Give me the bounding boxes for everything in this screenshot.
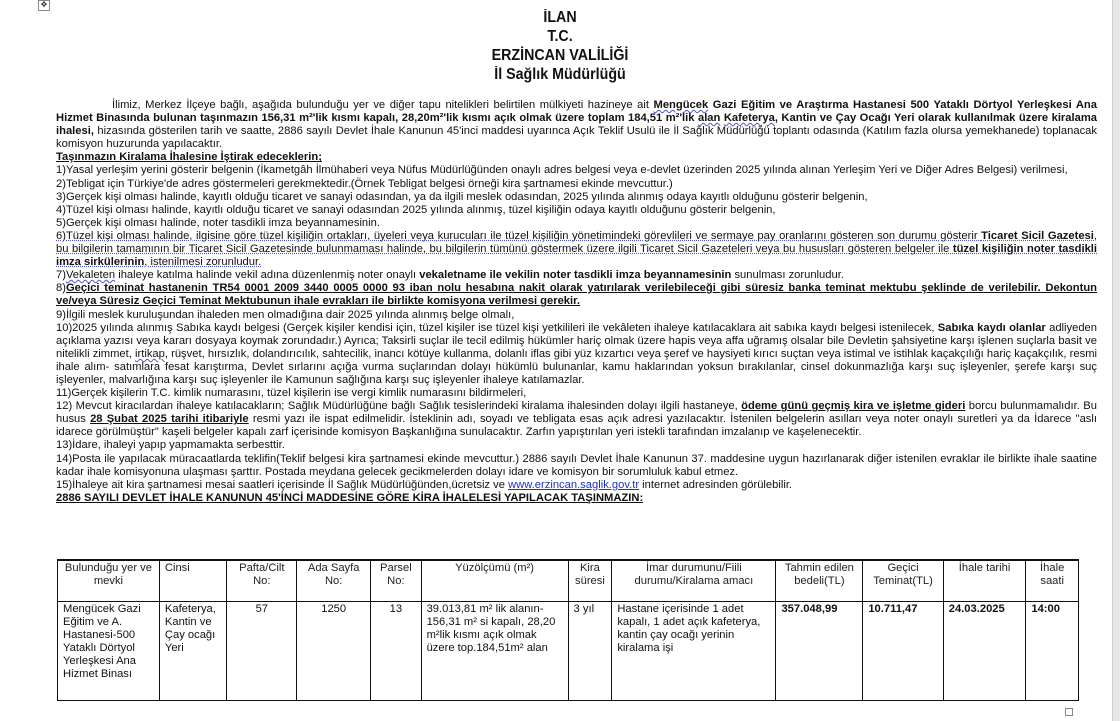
tender-table: Bulunduğu yer ve mevki Cinsi Pafta/Cilt … — [57, 559, 1079, 701]
document-body: İlimiz, Merkez İlçeye bağlı, aşağıda bul… — [56, 99, 1097, 505]
intro-paragraph: İlimiz, Merkez İlçeye bağlı, aşağıda bul… — [56, 99, 1097, 151]
table-row: Mengücek Gazi Eğitim ve A. Hastanesi-500… — [58, 602, 1079, 701]
title-directorate: İl Sağlık Müdürlüğü — [45, 65, 1075, 84]
title-ilan: İLAN — [45, 8, 1075, 27]
requirement-1: 1)Yasal yerleşim yerini gösterir belgeni… — [56, 164, 1097, 177]
cell-estimated-price: 357.048,99 — [776, 602, 863, 701]
window-edge — [1112, 0, 1120, 721]
col-type: Cinsi — [159, 560, 227, 602]
cell-parsel: 13 — [371, 602, 421, 701]
requirement-7: 7)Vekaleten ihaleye katılma halinde veki… — [56, 269, 1097, 282]
table-header-row: Bulunduğu yer ve mevki Cinsi Pafta/Cilt … — [58, 560, 1079, 602]
website-link[interactable]: www.erzincan.saglik.gov.tr — [508, 479, 639, 491]
cell-type: Kafeterya, Kantin ve Çay ocağı Yeri — [159, 602, 227, 701]
requirement-11: 11)Gerçek kişilerin T.C. kimlik numarası… — [56, 387, 1097, 400]
document-header: İLAN T.C. ERZİNCAN VALİLİĞİ İl Sağlık Mü… — [0, 8, 1120, 84]
col-location: Bulunduğu yer ve mevki — [58, 560, 160, 602]
requirement-2: 2)Tebligat için Türkiye'de adres gösterm… — [56, 178, 1097, 191]
requirement-4: 4)Tüzel kişi olması halinde, kayıtlı old… — [56, 204, 1097, 217]
cell-duration: 3 yıl — [568, 602, 612, 701]
title-governorship: ERZİNCAN VALİLİĞİ — [45, 46, 1075, 65]
requirement-13: 13)İdare, ihaleyi yapıp yapmamakta serbe… — [56, 439, 1097, 452]
col-guarantee: Geçici Teminat(TL) — [863, 560, 943, 602]
requirement-3: 3)Gerçek kişi olması halinde, kayıtlı ol… — [56, 191, 1097, 204]
requirement-10: 10)2025 yılında alınmış Sabıka kaydı bel… — [56, 322, 1097, 387]
col-area: Yüzölçümü (m²) — [421, 560, 568, 602]
cell-date: 24.03.2025 — [943, 602, 1026, 701]
cell-area: 39.013,81 m² lik alanın-156,31 m² si kap… — [421, 602, 568, 701]
col-ada: Ada Sayfa No: — [297, 560, 371, 602]
col-pafta: Pafta/Cilt No: — [227, 560, 297, 602]
requirement-6: 6)Tüzel kişi olması halinde, ilgisine gö… — [56, 230, 1097, 269]
table-title: 2886 SAYILI DEVLET İHALE KANUNUN 45'İNCİ… — [56, 492, 1097, 505]
cell-guarantee: 10.711,47 — [863, 602, 943, 701]
col-duration: Kira süresi — [568, 560, 612, 602]
requirement-15: 15)İhaleye ait kira şartnamesi mesai saa… — [56, 479, 1097, 492]
cell-pafta: 57 — [227, 602, 297, 701]
cell-location: Mengücek Gazi Eğitim ve A. Hastanesi-500… — [58, 602, 160, 701]
requirement-9: 9)İlgili meslek kuruluşundan ihaleden me… — [56, 309, 1097, 322]
cell-ada: 1250 — [297, 602, 371, 701]
col-parsel: Parsel No: — [371, 560, 421, 602]
table-resize-handle-icon[interactable] — [1065, 708, 1073, 716]
cell-purpose: Hastane içerisinde 1 adet kapalı, 1 adet… — [612, 602, 776, 701]
requirements-title: Taşınmazın Kiralama İhalesine İştirak ed… — [56, 151, 1097, 164]
requirement-5: 5)Gerçek kişi olması halinde, noter tasd… — [56, 217, 1097, 230]
requirement-12: 12) Mevcut kiracılardan ihaleye katılaca… — [56, 400, 1097, 439]
requirement-14: 14)Posta ile yapılacak müracaatlarda tek… — [56, 453, 1097, 479]
col-date: İhale tarihi — [943, 560, 1026, 602]
col-estimated-price: Tahmin edilen bedeli(TL) — [776, 560, 863, 602]
cell-time: 14:00 — [1026, 602, 1079, 701]
title-tc: T.C. — [45, 27, 1075, 46]
requirement-8: 8)Geçici teminat hastanenin TR54 0001 20… — [56, 282, 1097, 308]
col-purpose: İmar durumunu/Fiili durumu/Kiralama amac… — [612, 560, 776, 602]
col-time: İhale saati — [1026, 560, 1079, 602]
